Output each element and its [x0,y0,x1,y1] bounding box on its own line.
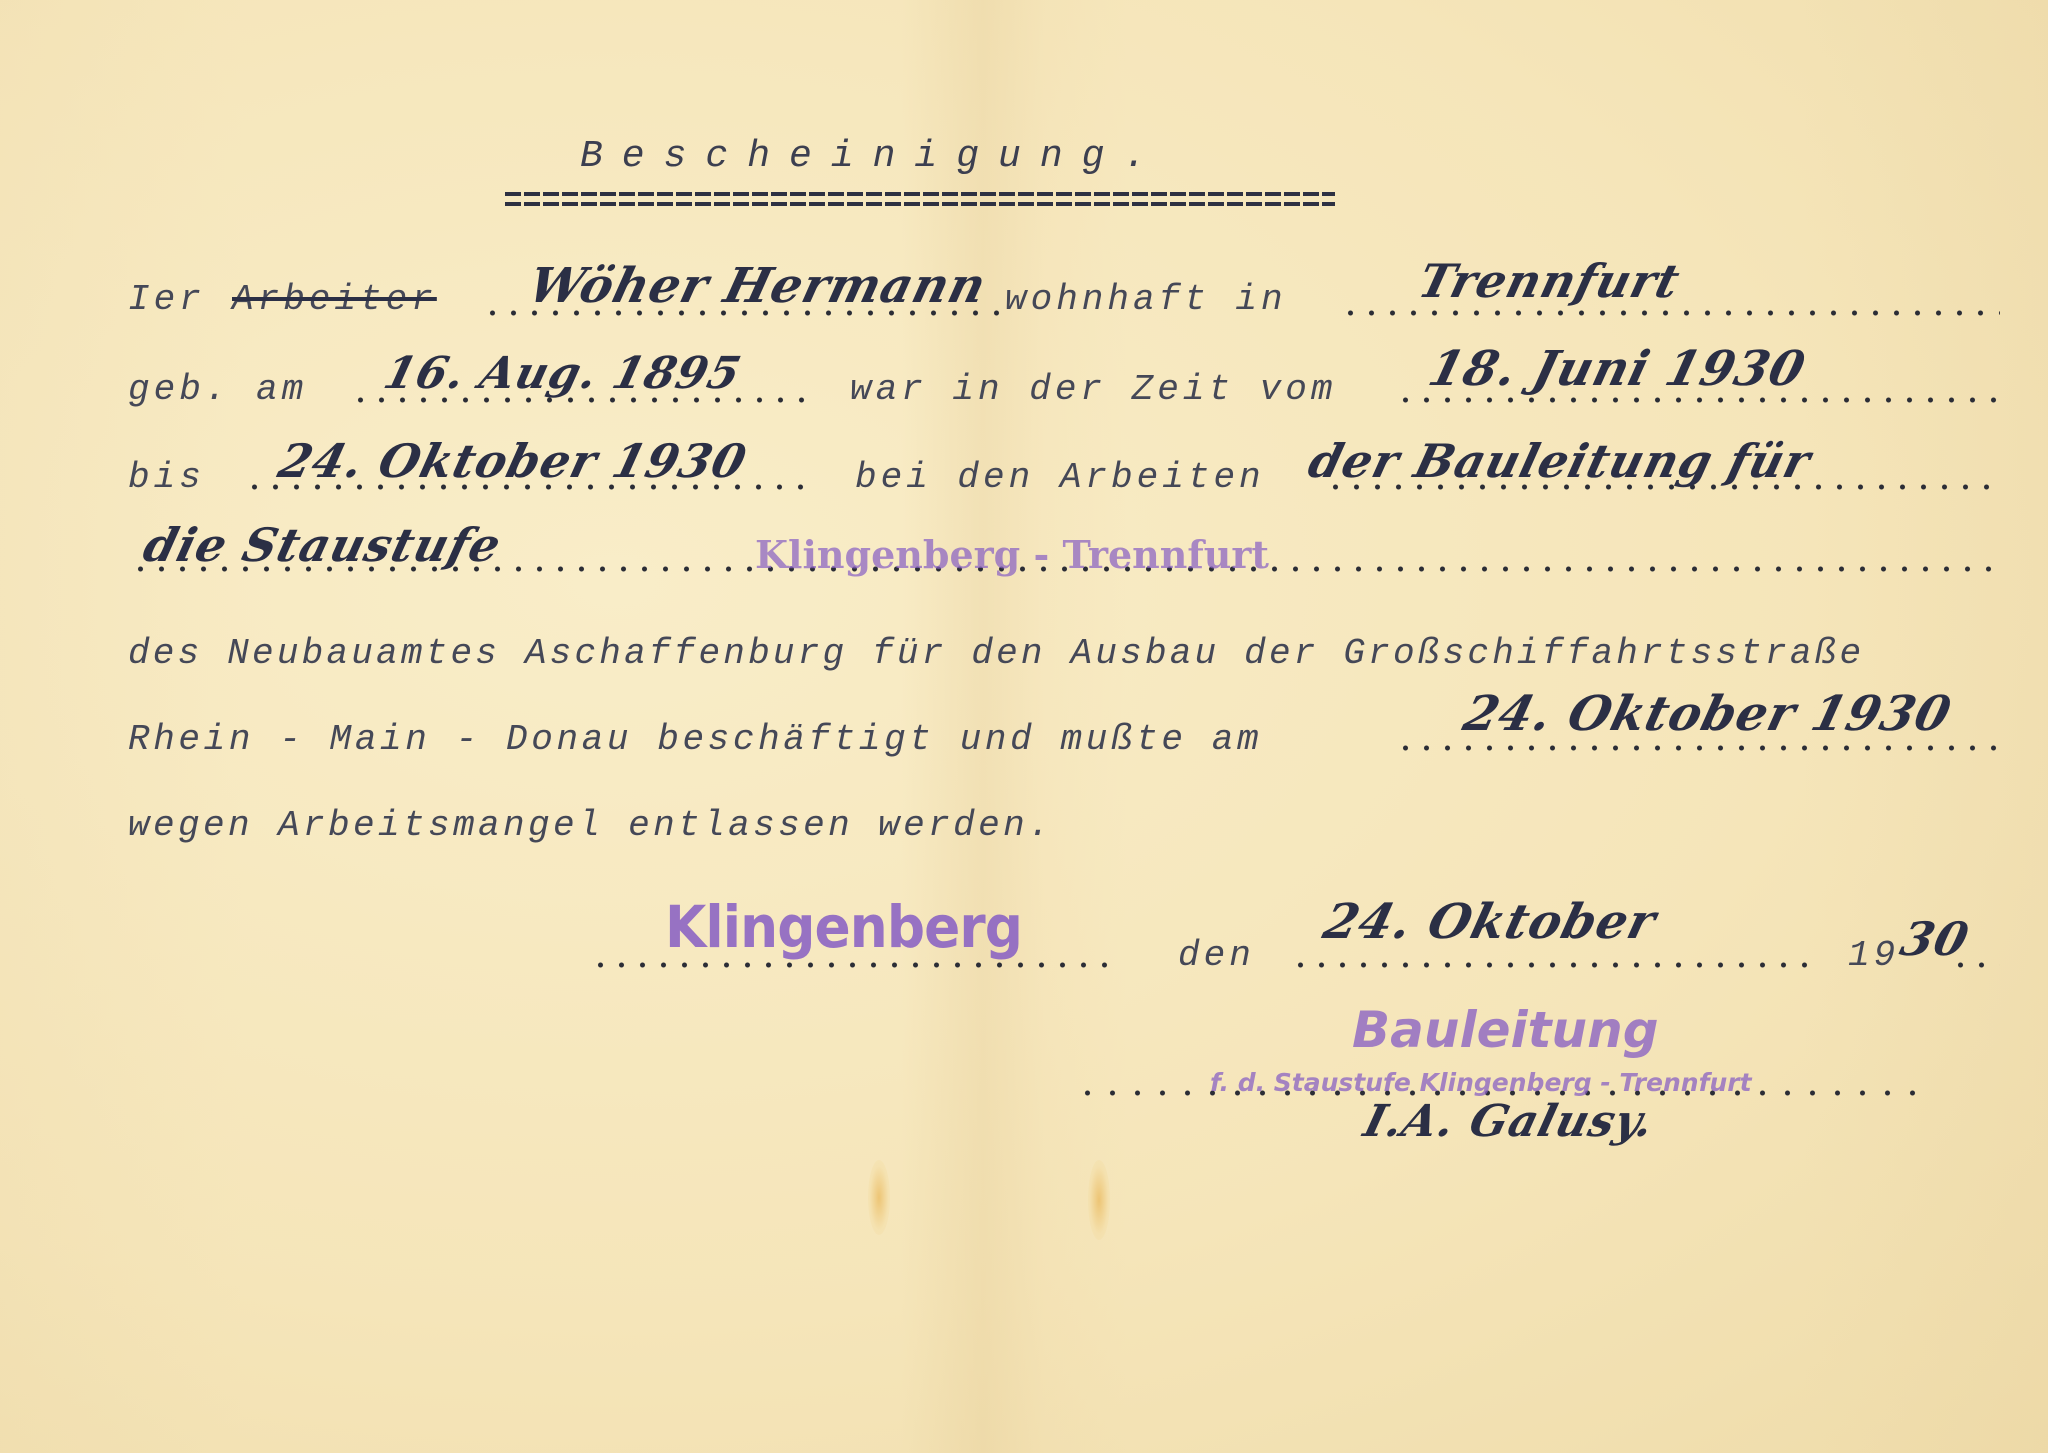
title-underline [505,192,1335,196]
handwritten-name: Wöher Hermann [524,262,991,310]
stamp-staustufe-subtitle: f. d. Staustufe Klingenberg - Trennfurt [1210,1070,1752,1095]
line2-prefix: geb. am [128,372,307,408]
year-prefix: 19 [1848,938,1899,974]
handwritten-start-date: 18. Juni 1930 [1424,345,1810,393]
handwritten-staustufe: die Staustufe [139,522,506,568]
struck-word-arbeiter: Arbeiter [232,282,437,318]
fill-line-place [1340,310,2000,316]
document-title: Bescheinigung. [580,135,1165,178]
handwritten-year: 30 [1896,916,1973,962]
handwritten-place: Trennfurt [1414,258,1684,304]
fill-line-date-footer [1290,962,1810,968]
stamp-klingenberg-trennfurt: Klingenberg - Trennfurt [755,536,1269,574]
certificate-page: Bescheinigung. Ier Arbeiter Wöher Herman… [0,0,2048,1453]
handwritten-footer-date: 24. Oktober [1319,898,1661,946]
title-underline [505,202,1335,206]
line5-text: des Neubauamtes Aschaffenburg für den Au… [128,636,1864,672]
stamp-bauleitung: Bauleitung [1352,1005,1659,1055]
fill-line-dismissal-date [1395,745,2000,751]
handwritten-employer: der Bauleitung für [1304,438,1815,484]
fill-line-start-date [1395,397,2000,403]
paper-stain [868,1160,890,1235]
fill-line-year [1950,962,2000,968]
line3-prefix: bis [128,460,205,496]
line1-middle: wohnhaft in [1005,282,1287,318]
line6-text: Rhein - Main - Donau beschäftigt und muß… [128,722,1262,758]
line3-middle: bei den Arbeiten [855,460,1265,496]
handwritten-dismissal-date: 24. Oktober 1930 [1459,690,1956,738]
den-label: den [1178,938,1255,974]
line1-prefix: Ier [128,282,205,318]
stamp-klingenberg: Klingenberg [665,898,1022,956]
handwritten-end-date: 24. Oktober 1930 [274,438,751,484]
line2-middle: war in der Zeit vom [850,372,1336,408]
signature: I.A. Galusy. [1360,1100,1659,1144]
handwritten-birthdate: 16. Aug. 1895 [380,352,746,396]
paper-stain [1088,1160,1110,1240]
fill-line-place-footer [590,962,1115,968]
line7-text: wegen Arbeitsmangel entlassen werden. [128,808,1053,844]
